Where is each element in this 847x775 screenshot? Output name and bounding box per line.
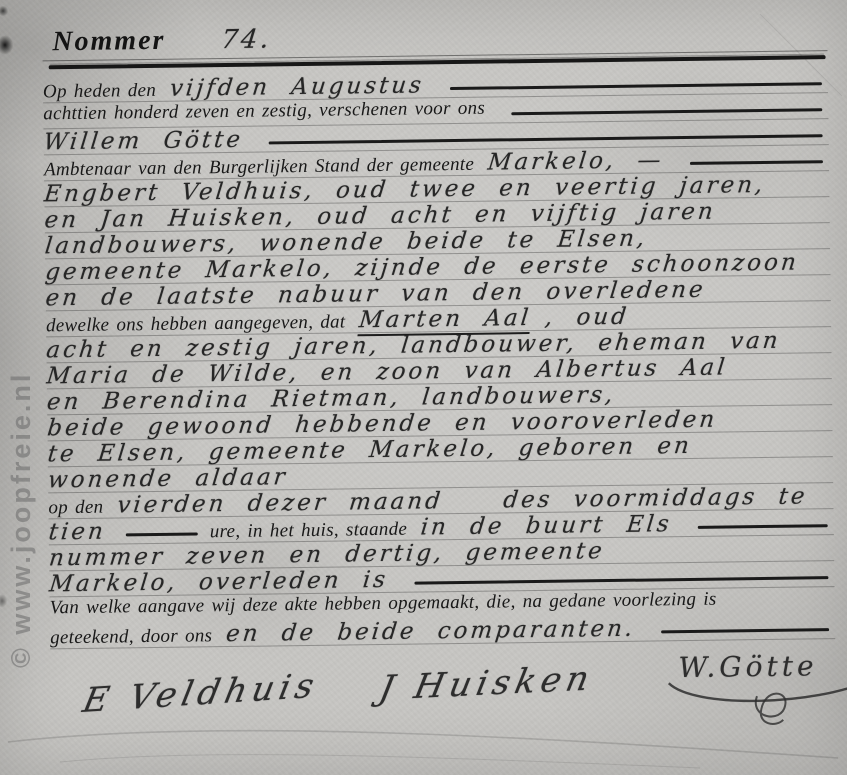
ruled-line-fill [619,555,834,558]
ruled-line-fill [643,321,831,323]
ruled-line-fill [779,191,829,192]
signature-gotte-wrap: W.Götte [678,649,818,684]
handwritten-text: Markelo, overleden is [48,567,389,597]
signature-huisken: J Huisken [376,659,598,709]
document-lines: Op heden denvijfden Augustusachttien hon… [43,67,835,649]
document-sheet: © www.joopfreie.nl Nommer 74. Op heden d… [0,0,847,775]
ink-rule-fill [269,134,823,144]
ink-rule-fill [414,576,828,584]
ruled-line-fill [661,243,830,245]
ink-rule-fill [450,82,822,90]
handwritten-text: vijfden Augustus [169,72,426,101]
handwritten-text: in de buurt Els [420,511,674,540]
handwritten-text: tien [47,519,107,546]
handwritten-text: , oud [544,304,631,331]
document-content: Nommer 74. Op heden denvijfden Augustusa… [0,0,847,716]
record-number: 74. [220,24,274,55]
signature-flourish [664,664,847,737]
handwritten-text: des voormiddags te [501,483,808,513]
printed-text: geteekend, door ons [50,625,212,649]
header-row: Nommer 74. [42,16,827,61]
handwritten-text: wonende aldaar [47,464,289,493]
signature-row: E Veldhuis J Huisken W.Götte [50,651,836,715]
printed-text: Op heden den [43,80,156,103]
printed-text: ure, in het huis, staande [210,519,408,544]
ink-rule-fill [698,524,828,529]
handwritten-text: en de beide comparanten. [225,616,637,647]
header-label: Nommer [42,25,166,59]
ruled-line-fill [731,425,832,426]
ink-rule-fill [511,108,822,115]
ruled-line-fill [720,295,831,296]
ruled-line-fill [706,451,833,453]
ink-rule-fill [661,628,829,633]
handwritten-text: Willem Götte [42,127,244,156]
signature-veldhuis: E Veldhuis [79,666,322,721]
handwritten-text: Markelo, — [487,147,665,175]
ink-dash [126,532,198,536]
blank-space [457,507,503,508]
ruled-line-fill [302,477,833,484]
ruled-line-fill [272,40,827,47]
ruled-line-fill [630,399,833,402]
printed-text: op den [48,497,103,520]
ruled-line-fill [730,217,830,218]
ruled-line-fill [742,373,832,374]
printed-text: achttien honderd zeven en zestig, versch… [43,98,485,126]
ink-rule-fill [690,160,823,165]
handwritten-text: vierden dezer maand [116,488,444,518]
